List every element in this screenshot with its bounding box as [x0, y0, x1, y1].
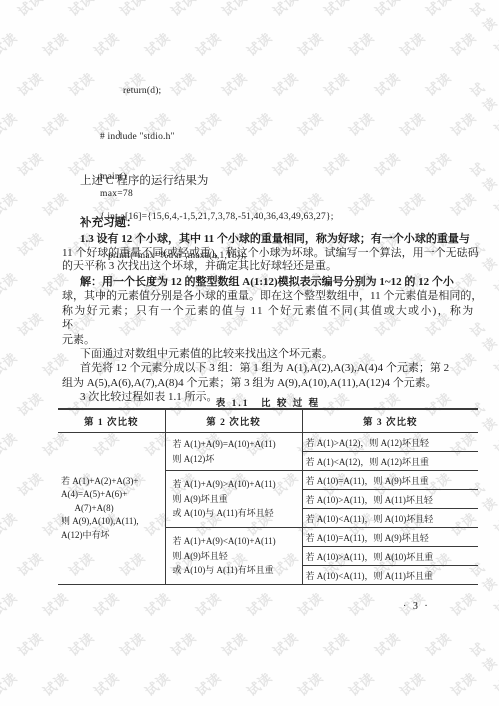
table-header-cell: 第 1 次比较: [58, 409, 165, 433]
code-line: # include "stdio.h": [100, 131, 334, 144]
paragraph-line: 解：用一个长度为 12 的整型数组 A(1:12)模拟表示编号分别为 1~12 …: [62, 275, 484, 289]
result-value: max=78: [100, 189, 133, 199]
page-number: · 3 ·: [403, 601, 430, 612]
table-cell: 若 A(1)+A(2)+A(3)+ A(4)=A(5)+A(6)+ A(7)+A…: [58, 433, 165, 585]
table-cell-text: 若 A(1)+A(9)=A(10)+A(11) 则 A(12)坏: [169, 437, 299, 466]
result-intro-text: 上述 C 程序的运行结果为: [80, 172, 208, 188]
paragraph-line: 元素。: [62, 333, 484, 347]
table-header-cell: 第 3 次比较: [302, 409, 478, 433]
table-cell: 若 A(1)>A(12)，则 A(12)坏且轻: [302, 433, 478, 452]
scanned-page: { "watermark": { "text": "试读", "color": …: [0, 0, 499, 706]
table-cell: 若 A(1)<A(12)，则 A(12)坏且重: [302, 452, 478, 471]
paragraph-line: 球，其中的元素值分别是各小球的重量。即在这个整型数组中，11 个元素值是相同的，: [62, 289, 484, 303]
paragraph-line: 首先将 12 个元素分成以下 3 组：第 1 组为 A(1),A(2),A(3)…: [62, 361, 484, 375]
code-line: return(d);: [123, 84, 161, 99]
supplement-heading: 补充习题：: [80, 214, 138, 230]
comparison-table: 第 1 次比较 第 2 次比较 第 3 次比较 若 A(1)+A(2)+A(3)…: [58, 408, 478, 585]
page-content: return(d); } } # include "stdio.h" main(…: [0, 0, 499, 706]
table-cell: 若 A(1)+A(9)>A(10)+A(11) 则 A(9)坏且重 或 A(10…: [165, 471, 302, 528]
table-cell-text: 若 A(1)+A(9)>A(10)+A(11) 则 A(9)坏且重 或 A(10…: [169, 477, 299, 521]
paragraph-line: 组为 A(5),A(6),A(7),A(8)4 个元素；第 3 组为 A(9),…: [62, 376, 484, 390]
table-cell: 若 A(1)+A(9)<A(10)+A(11) 则 A(9)坏且轻 或 A(10…: [165, 528, 302, 585]
table-cell: 若 A(10)>A(11)，则 A(10)坏且重: [302, 547, 478, 566]
table-cell: 若 A(10)>A(11)，则 A(11)坏且轻: [302, 490, 478, 509]
paragraph-line: 1.3 设有 12 个小球，其中 11 个小球的重量相同，称为好球；有一个小球的…: [62, 233, 484, 247]
solution-paragraph: 解：用一个长度为 12 的整型数组 A(1:12)模拟表示编号分别为 1~12 …: [62, 275, 484, 405]
table-title: 表 1.1 比 较 过 程: [58, 395, 478, 409]
paragraph-line: 的天平称 3 次找出这个坏球，并确定其比好球轻还是重。: [62, 260, 484, 274]
table-cell: 若 A(10)<A(11)，则 A(11)坏且重: [302, 566, 478, 585]
table-header-cell: 第 2 次比较: [165, 409, 302, 433]
table-cell: 若 A(10)=A(11)，则 A(9)坏且重: [302, 471, 478, 490]
paragraph-line: 下面通过对数组中元素值的比较来找出这个坏元素。: [62, 347, 484, 361]
table-cell: 若 A(1)+A(9)=A(10)+A(11) 则 A(12)坏: [165, 433, 302, 471]
table-cell-text: 若 A(1)+A(2)+A(3)+ A(4)=A(5)+A(6)+ A(7)+A…: [61, 475, 162, 543]
table-cell: 若 A(10)=A(11)，则 A(9)坏且轻: [302, 528, 478, 547]
paragraph-line: 11 个好球的重量不同(或轻或重)，称这个小球为坏球。试编写一个算法，用一个无砝…: [62, 247, 484, 261]
table-cell: 若 A(10)<A(11)，则 A(10)坏且轻: [302, 509, 478, 528]
table-cell-text: 若 A(1)+A(9)<A(10)+A(11) 则 A(9)坏且轻 或 A(10…: [169, 534, 299, 578]
paragraph-line: 称为好元素；只有一个元素的值与 11 个好元素值不同(其值或大或小)，称为坏: [62, 304, 484, 333]
problem-paragraph: 1.3 设有 12 个小球，其中 11 个小球的重量相同，称为好球；有一个小球的…: [62, 233, 484, 274]
